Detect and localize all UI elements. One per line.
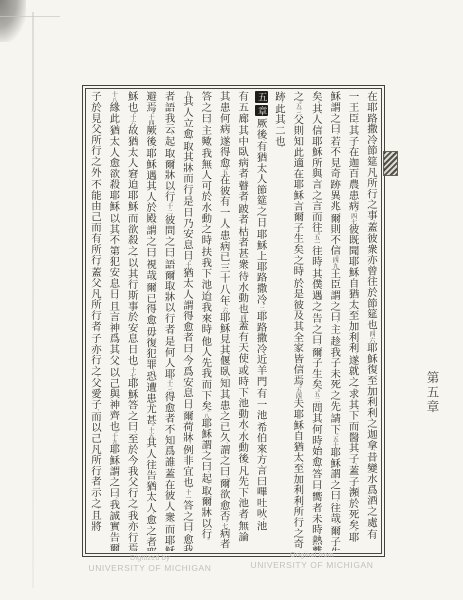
punctuation-mark: 、 <box>221 133 228 139</box>
punctuation-mark: 、 <box>350 463 357 469</box>
watermark-original-line1: Original from <box>222 552 402 559</box>
punctuation-mark: 、 <box>202 145 209 151</box>
text-column: 者語我云、起、取爾牀以行。十二彼問之曰、語爾取牀以行者、是何人耶。十三得愈者不知… <box>159 91 177 551</box>
text-column: 避焉。十四厥後、耶穌遇其人於殿、謂之曰、視哉、爾已得愈、毋復犯罪、恐遭患尤甚。十… <box>141 91 159 551</box>
text-column: 九其人立愈、取其牀而行。是日乃安息日。十猶太人謂得愈者曰、今爲安息日、爾荷牀、例… <box>178 91 196 551</box>
text-column: 有五廊、其中臥病者、瞽者、跛者、枯者甚衆、待水動也。四蓋有天使、或時下池動水。水… <box>233 91 251 551</box>
verse-number: 四 <box>239 315 246 321</box>
punctuation-mark: 、 <box>129 255 136 261</box>
punctuation-mark: 。 <box>313 466 320 472</box>
verse-number: 四六 <box>368 331 375 343</box>
verse-number: 五一 <box>313 234 320 246</box>
punctuation-mark: 、 <box>258 385 265 391</box>
verse-number: 五 <box>221 169 228 175</box>
text-column: 十八緣此、猶太人愈欲殺耶穌、以其不第犯安息日、且言神爲其父、以己與神齊也。十九耶… <box>104 91 122 551</box>
scan-corner-shadow <box>0 0 26 42</box>
verse-number: 十一 <box>184 489 191 501</box>
punctuation-mark: 、 <box>350 386 357 392</box>
punctuation-mark: 、 <box>184 408 191 414</box>
punctuation-mark: 、 <box>313 310 320 316</box>
verse-number: 十八 <box>110 91 117 103</box>
verse-number: 十九 <box>110 433 117 445</box>
text-column: 答之曰、主歟、我無人可於水動之時、扶我下池。迨我來時、他人先我而下矣。八耶穌謂之… <box>196 91 214 551</box>
margin-chapter-label: 第五章 <box>423 371 441 415</box>
punctuation-mark: 。 <box>350 529 357 535</box>
chapter-number-block: 章 <box>255 105 268 117</box>
text-column: 其患何病、遂得愈。五在彼有一人、患病已三十八年。六耶穌見其偃臥、知其患之已久、謂… <box>214 91 232 551</box>
punctuation-mark: 、 <box>110 298 117 304</box>
punctuation-mark: 、 <box>184 138 191 144</box>
verse-number: 六 <box>221 307 228 313</box>
punctuation-mark: 、 <box>166 333 173 339</box>
punctuation-mark: 、 <box>331 500 338 506</box>
punctuation-mark: 、 <box>129 431 136 437</box>
verse-number: 五四 <box>294 387 301 399</box>
punctuation-mark: 、 <box>221 442 228 448</box>
text-column: 穌也。十六故猶太人窘迫耶穌、而欲殺之、以其行斯事於安息日也。十七耶穌答之曰、至於… <box>122 91 140 551</box>
verse-number: 十五 <box>147 427 154 439</box>
text-column: 子於見父所行之外、不能由己而有所行。蓋父凡所行者、子亦行之。父愛子、而以己凡所行… <box>87 91 104 551</box>
punctuation-mark: 、 <box>202 471 209 477</box>
verse-number: 十二 <box>166 203 173 215</box>
punctuation-mark: 、 <box>129 508 136 514</box>
verse-number: 二 <box>258 306 265 312</box>
text-frame: 在耶路撒冷節筵凡所行之事、蓋彼衆亦曾往於節筵也。四六耶穌復至加利利之迦拿、昔變水… <box>82 85 385 557</box>
punctuation-mark: 、 <box>110 364 117 370</box>
punctuation-mark: 、 <box>147 512 154 518</box>
punctuation-mark: 、 <box>350 352 357 358</box>
punctuation-mark: 、 <box>166 521 173 527</box>
punctuation-mark: 、 <box>239 122 246 128</box>
text-column: 矣。其人信耶穌所與言之言而往。五一往時、其僕遇之、告之曰、爾子生矣。五二問其何時… <box>306 91 324 551</box>
punctuation-mark: 、 <box>202 333 209 339</box>
punctuation-mark: 。 <box>92 375 99 381</box>
punctuation-mark: 、 <box>184 531 191 537</box>
verse-number: 四七 <box>350 213 357 225</box>
punctuation-mark: 、 <box>147 223 154 229</box>
punctuation-mark: 、 <box>239 463 246 469</box>
punctuation-mark: 、 <box>221 227 228 233</box>
punctuation-mark: 、 <box>147 146 154 152</box>
punctuation-mark: 。 <box>313 101 320 107</box>
text-columns: 在耶路撒冷節筵凡所行之事、蓋彼衆亦曾往於節筵也。四六耶穌復至加利利之迦拿、昔變水… <box>87 91 380 551</box>
verse-number: 九 <box>184 91 191 97</box>
watermark-original: Original from UNIVERSITY OF MICHIGAN <box>222 552 402 570</box>
verse-number: 十 <box>184 262 191 268</box>
punctuation-mark: 、 <box>147 279 154 285</box>
punctuation-mark: 、 <box>239 268 246 274</box>
punctuation-mark: 、 <box>313 344 320 350</box>
verse-number: 十三 <box>166 380 173 392</box>
punctuation-mark: 、 <box>166 256 173 262</box>
punctuation-mark: 、 <box>166 133 173 139</box>
punctuation-mark: 、 <box>92 330 99 336</box>
watermark-original-line2: UNIVERSITY OF MICHIGAN <box>222 560 402 570</box>
punctuation-mark: 、 <box>110 123 117 129</box>
verse-number: 十六 <box>129 114 136 126</box>
punctuation-mark: 。 <box>202 289 209 295</box>
text-column: 一王臣、其子在迦百農患病。四七彼既聞耶穌自猶太至加利利、遂就之、求其下而醫其子、… <box>343 91 361 551</box>
punctuation-mark: 、 <box>331 321 338 327</box>
watermark-digitized-line1: Digitized by <box>60 555 240 562</box>
punctuation-mark: 、 <box>313 266 320 272</box>
punctuation-mark: 。 <box>276 145 283 151</box>
punctuation-mark: 、 <box>202 483 209 489</box>
edge-tab-ornament <box>383 151 398 176</box>
text-column: 在耶路撒冷節筵凡所行之事、蓋彼衆亦曾往於節筵也。四六耶穌復至加利利之迦拿、昔變水… <box>362 91 380 551</box>
verse-number: 五二 <box>313 391 320 403</box>
verse-number: 七 <box>221 523 228 529</box>
punctuation-mark: 、 <box>368 449 375 455</box>
punctuation-mark: 、 <box>129 210 136 216</box>
punctuation-mark: 、 <box>331 210 338 216</box>
punctuation-mark: 、 <box>239 178 246 184</box>
page-edge-line <box>32 12 34 588</box>
text-column: 跡、此其二也。 <box>270 91 288 551</box>
punctuation-mark: 、 <box>258 226 265 232</box>
punctuation-mark: 、 <box>239 363 246 369</box>
punctuation-mark: 、 <box>276 101 283 107</box>
text-column: 穌謂之曰、若不見奇跡異兆、爾則不信。四九王臣謂之曰、主、趁我子未死之先、請下。五… <box>325 91 343 551</box>
punctuation-mark: 、 <box>239 201 246 207</box>
punctuation-mark: 、 <box>331 333 338 339</box>
verse-number: 十四 <box>147 114 154 126</box>
chapter-number-block: 五 <box>255 91 268 103</box>
punctuation-mark: 。 <box>368 526 375 532</box>
punctuation-mark: 、 <box>166 145 173 151</box>
punctuation-mark: 、 <box>110 210 117 216</box>
punctuation-mark: 、 <box>92 409 99 415</box>
punctuation-mark: 、 <box>221 476 228 482</box>
punctuation-mark: 、 <box>221 376 228 382</box>
punctuation-mark: 、 <box>350 122 357 128</box>
punctuation-mark: 、 <box>258 419 265 425</box>
punctuation-mark: 、 <box>92 507 99 513</box>
text-column: 之。五三父則知此適在耶穌言爾子生矣之時、於是彼及其全家皆信焉。五四夫耶穌自猶太至… <box>288 91 306 551</box>
punctuation-mark: 、 <box>92 176 99 182</box>
punctuation-mark: 、 <box>239 224 246 230</box>
punctuation-mark: 、 <box>331 133 338 139</box>
punctuation-mark: 、 <box>166 466 173 472</box>
punctuation-mark: 、 <box>147 324 154 330</box>
watermark-digitized-line2: UNIVERSITY OF MICHIGAN <box>60 563 240 573</box>
punctuation-mark: 、 <box>147 369 154 375</box>
verse-number: 五十 <box>331 436 338 448</box>
punctuation-mark: 。 <box>239 429 246 435</box>
punctuation-mark: 、 <box>258 139 265 145</box>
punctuation-mark: 、 <box>368 220 375 226</box>
punctuation-mark: 、 <box>184 442 191 448</box>
punctuation-mark: 。 <box>92 264 99 270</box>
verse-number: 五三 <box>294 103 301 115</box>
punctuation-mark: 、 <box>184 353 191 359</box>
verse-number: 十七 <box>129 367 136 379</box>
punctuation-mark: 、 <box>294 275 301 281</box>
punctuation-mark: 、 <box>331 523 338 529</box>
watermark-digitized: Digitized by UNIVERSITY OF MICHIGAN <box>60 555 240 573</box>
verse-number: 八 <box>202 413 209 419</box>
punctuation-mark: 、 <box>331 410 338 416</box>
punctuation-mark: 、 <box>239 518 246 524</box>
scanned-book-page: { "page": { "margin_label": "第五章", "chap… <box>0 0 463 600</box>
punctuation-mark: 。 <box>184 194 191 200</box>
page-top-edge-line <box>0 16 60 17</box>
text-column: 五章厥後、有猶太人節筵之日、耶穌上耶路撒冷。二耶路撒冷近羊門、有一池、希伯來方言… <box>251 91 269 551</box>
punctuation-mark: 、 <box>202 122 209 128</box>
punctuation-mark: 。 <box>258 518 265 524</box>
punctuation-mark: 、 <box>110 497 117 503</box>
verse-number: 四九 <box>331 257 338 269</box>
punctuation-mark: 。 <box>202 538 209 544</box>
punctuation-mark: 、 <box>202 244 209 250</box>
punctuation-mark: 、 <box>147 256 154 262</box>
punctuation-mark: 、 <box>313 489 320 495</box>
